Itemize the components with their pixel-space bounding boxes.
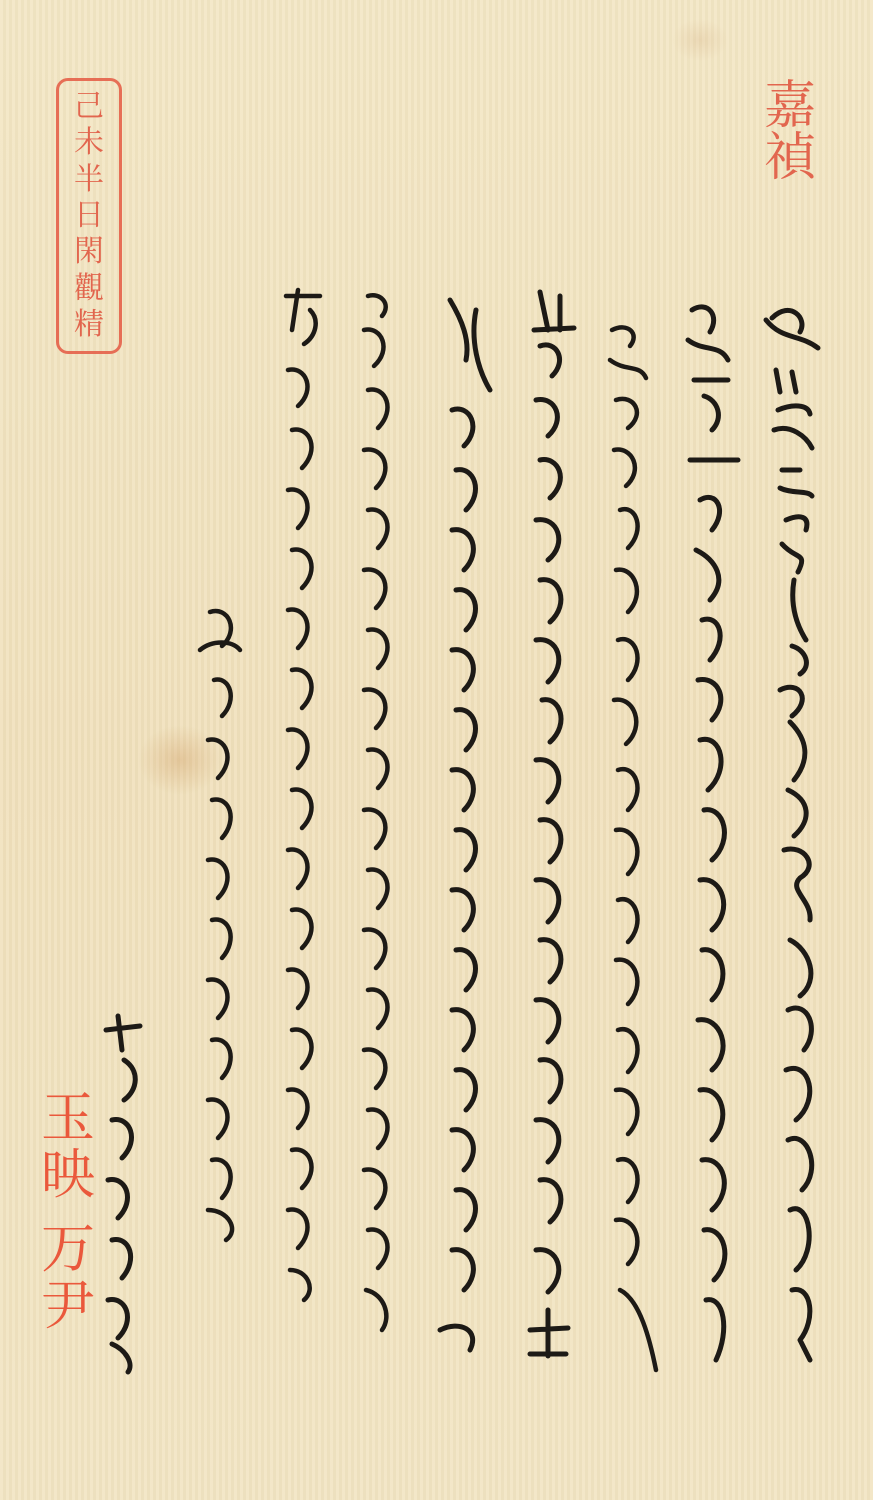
signature-seal: 玉 映 万 尹 (28, 1090, 108, 1335)
signature-seal-char: 玉 (41, 1090, 95, 1147)
column-3-ink (610, 327, 656, 1370)
signature-seal-char: 万 (41, 1221, 95, 1278)
column-7-ink (286, 290, 320, 1300)
title-seal-char: 嘉 (764, 80, 816, 132)
collector-seal-char: 半 (74, 165, 104, 195)
column-8-ink (200, 611, 240, 1240)
title-seal-char: 禎 (764, 132, 816, 184)
collector-seal-char: 精 (74, 310, 104, 340)
column-4-ink (530, 292, 574, 1356)
manuscript-page: 嘉 禎 己 未 半 日 閑 觀 精 玉 映 万 尹 (0, 0, 873, 1500)
collector-seal: 己 未 半 日 閑 觀 精 (56, 78, 122, 354)
signature-seal-char: 尹 (41, 1278, 95, 1335)
column-1-ink (766, 310, 818, 1360)
column-6-ink (364, 295, 387, 1330)
collector-seal-char: 日 (74, 201, 104, 231)
collector-seal-char: 己 (74, 92, 104, 122)
column-5-ink (440, 300, 490, 1350)
signature-seal-char: 映 (41, 1147, 95, 1204)
column-2-ink (688, 307, 738, 1360)
calligraphy-ink-layer (0, 0, 873, 1500)
collector-seal-char: 觀 (74, 274, 104, 304)
title-seal: 嘉 禎 (755, 80, 825, 184)
collector-seal-char: 閑 (74, 237, 104, 267)
column-9-ink (106, 1016, 140, 1372)
collector-seal-char: 未 (74, 128, 104, 158)
